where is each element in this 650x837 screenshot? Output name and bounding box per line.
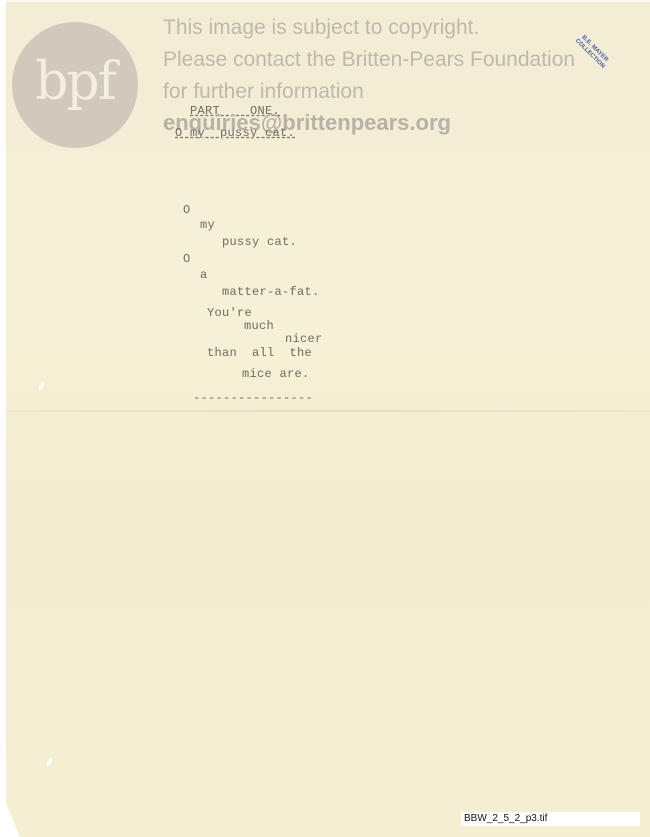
poem-line: much xyxy=(244,319,274,333)
poem-line: my xyxy=(200,218,215,232)
info-notice: for further information xyxy=(163,80,364,104)
poem-line: than all the xyxy=(207,346,312,360)
poem-line: pussy cat. xyxy=(222,235,297,249)
filename-label: BBW_2_5_2_p3.tif xyxy=(461,812,640,826)
poem-line: O xyxy=(183,252,191,266)
poem-line: You're xyxy=(207,306,252,320)
bpf-logo: bpf xyxy=(12,22,138,148)
copyright-notice: This image is subject to copyright. xyxy=(163,16,479,40)
poem-line: a xyxy=(200,268,208,282)
contact-notice: Please contact the Britten-Pears Foundat… xyxy=(163,48,575,72)
paper-fold xyxy=(6,410,650,412)
poem-line: nicer xyxy=(285,332,323,346)
poem-line: matter-a-fat. xyxy=(222,285,320,299)
logo-text: bpf xyxy=(35,52,115,112)
poem-line: O xyxy=(183,203,191,217)
poem-line: mice are. xyxy=(242,367,310,381)
divider-line: ---------------- xyxy=(193,391,313,405)
doc-subheading: O my pussy cat. xyxy=(175,126,295,140)
